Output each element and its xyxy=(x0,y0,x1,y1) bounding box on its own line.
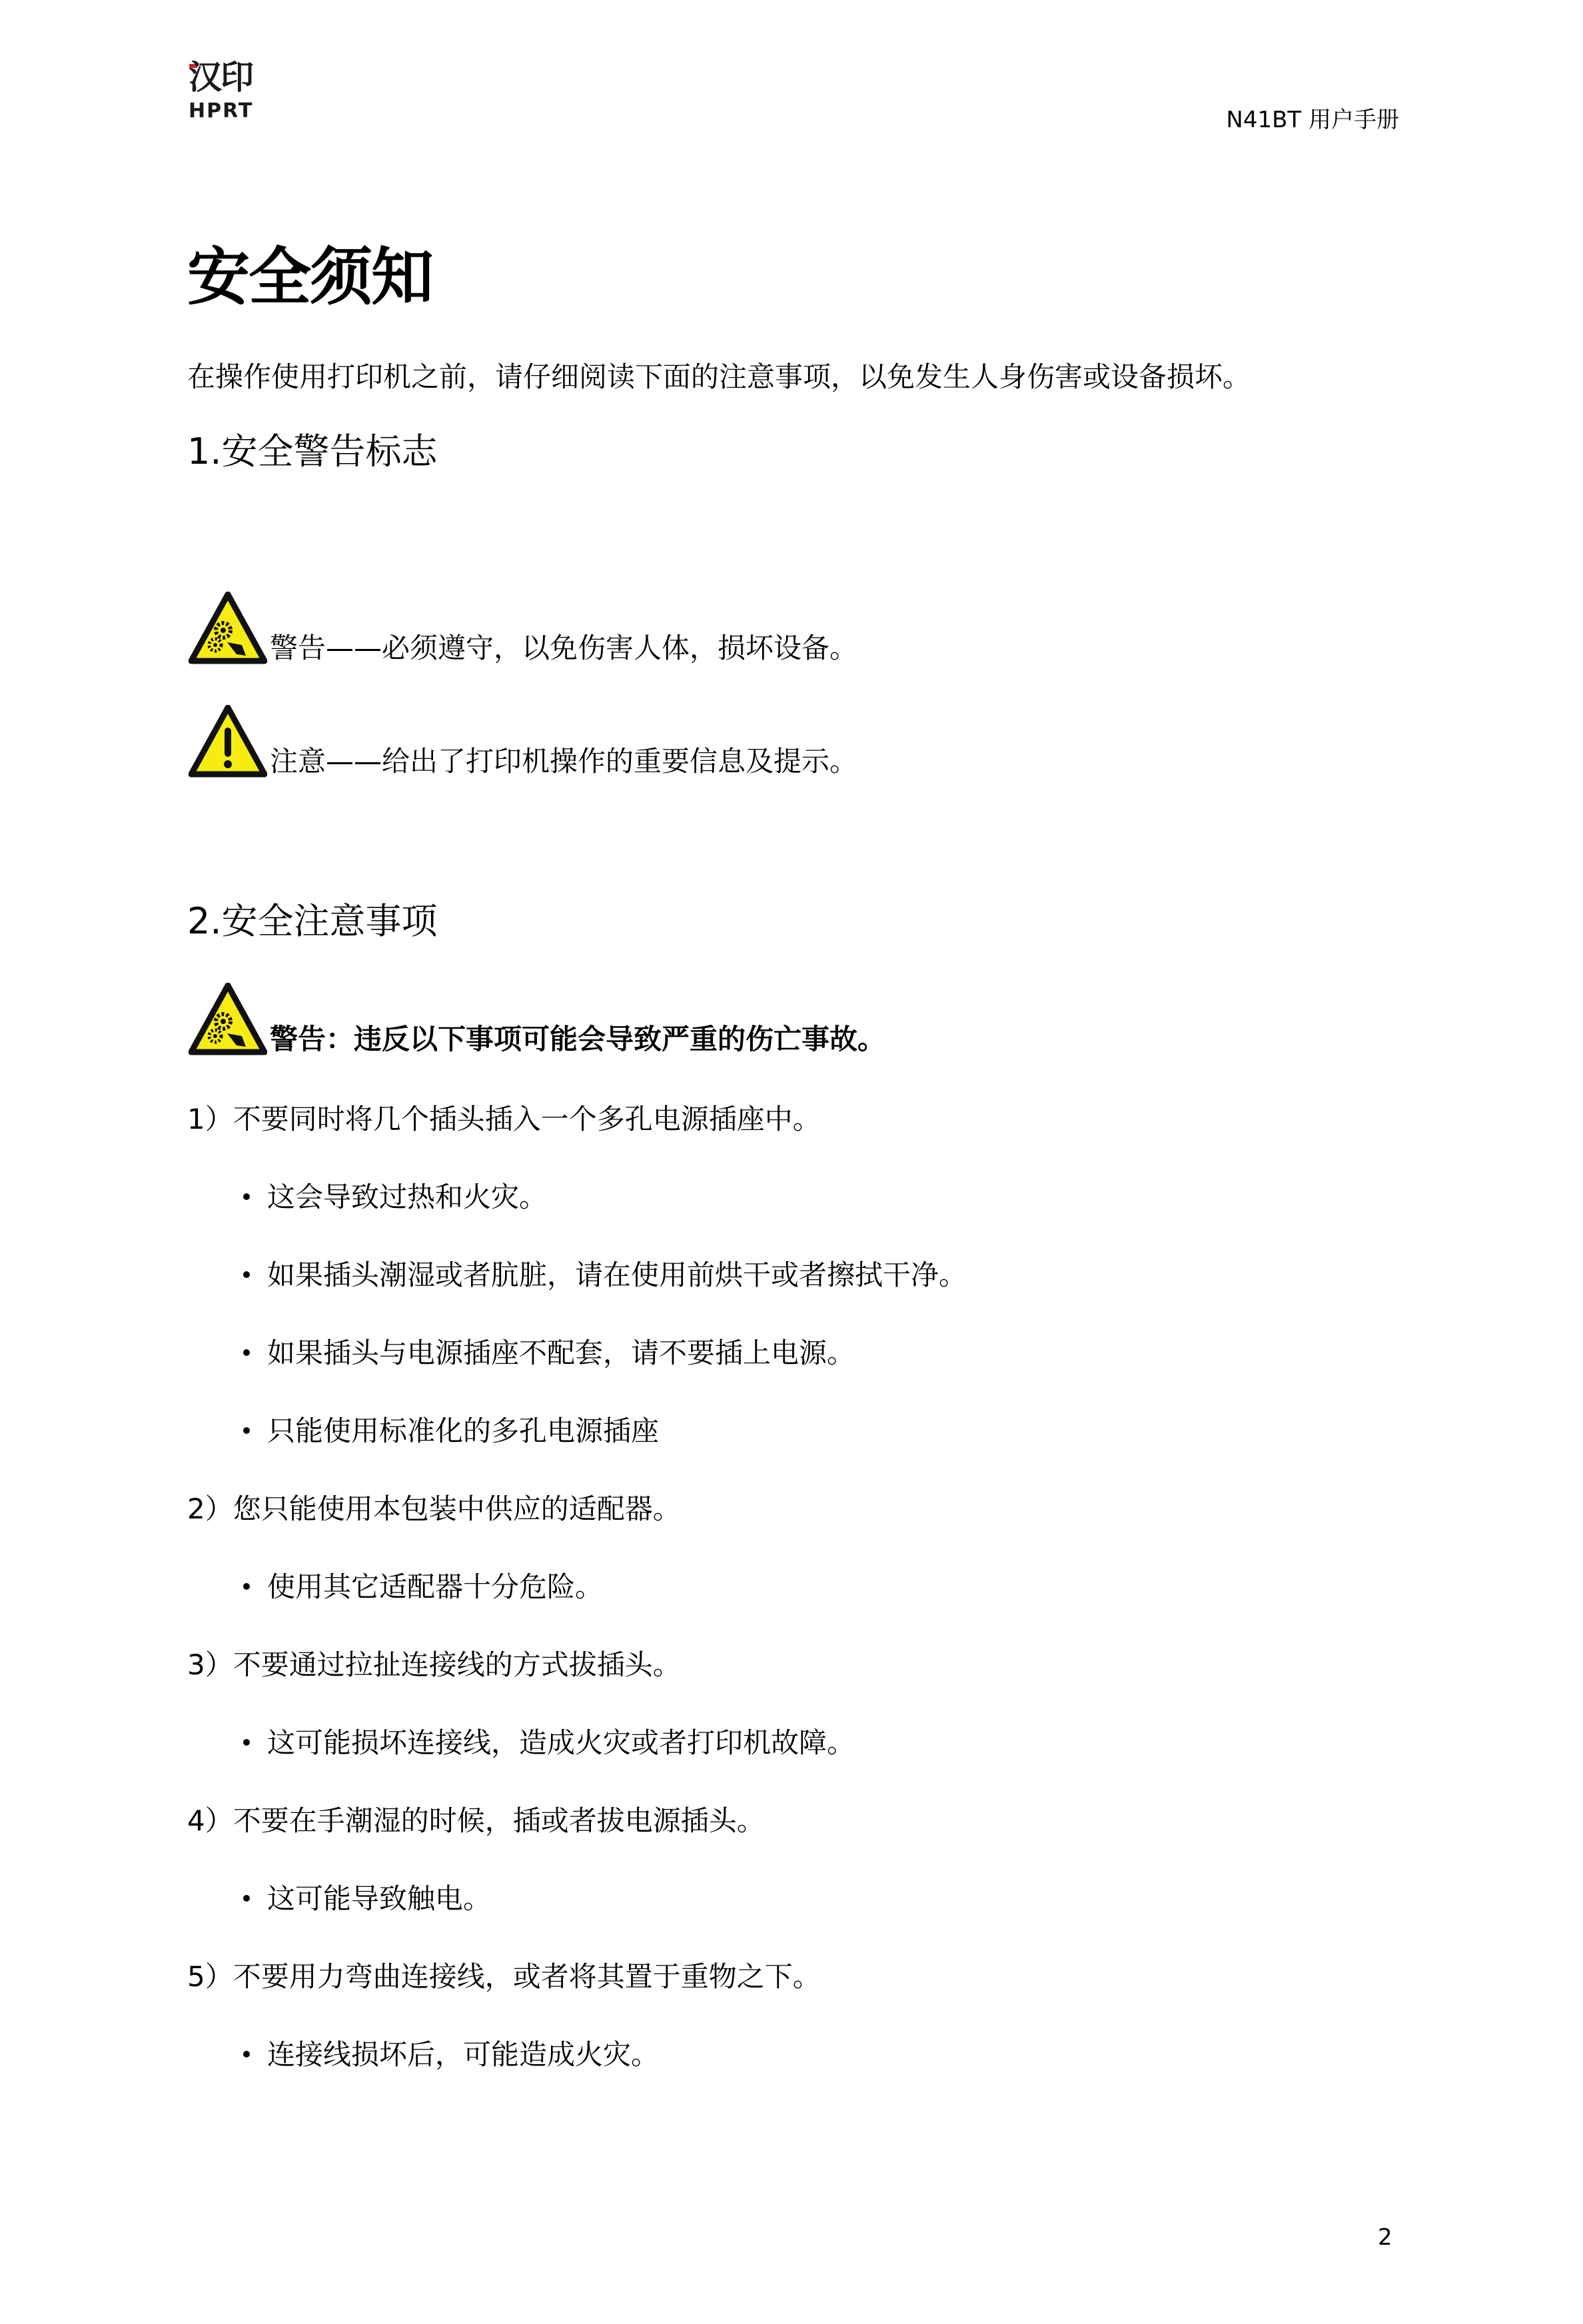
section2-heading: 2.安全注意事项 xyxy=(187,899,438,943)
intro-paragraph: 在操作使用打印机之前，请仔细阅读下面的注意事项，以免发生人身伤害或设备损坏。 xyxy=(187,358,1251,396)
exclamation-caution-icon xyxy=(189,705,267,778)
list-item-2: 2）您只能使用本包装中供应的适配器。 xyxy=(187,1490,681,1528)
hprt-logo: 汉印 HPRT xyxy=(189,59,272,129)
caution-sign-description: 注意——给出了打印机操作的重要信息及提示。 xyxy=(270,745,857,778)
list-item-3: 3）不要通过拉扯连接线的方式拔插头。 xyxy=(187,1646,681,1684)
bullet-item: 如果插头潮湿或者肮脏，请在使用前烘干或者擦拭干净。 xyxy=(243,1257,967,1294)
warning-sign-row: 警告——必须遵守，以免伤害人体，损坏设备。 xyxy=(189,592,857,665)
bullet-dot xyxy=(243,1895,250,1902)
bullet-dot xyxy=(243,2051,250,2057)
bullet-item: 只能使用标准化的多孔电源插座 xyxy=(243,1413,659,1450)
page-number: 2 xyxy=(1378,2224,1392,2251)
section2-warning-row: 警告：违反以下事项可能会导致严重的伤亡事故。 xyxy=(189,983,885,1056)
section1-heading: 1.安全警告标志 xyxy=(187,430,438,474)
bullet-item: 连接线损坏后，可能造成火灾。 xyxy=(243,2036,659,2073)
bullet-dot xyxy=(243,1193,250,1200)
list-item-1: 1）不要同时将几个插头插入一个多孔电源插座中。 xyxy=(187,1101,821,1138)
bullet-dot xyxy=(243,1583,250,1590)
gear-hand-warning-icon xyxy=(189,592,267,665)
bullet-item: 这可能损坏连接线，造成火灾或者打印机故障。 xyxy=(243,1724,855,1762)
bullet-dot xyxy=(243,1271,250,1278)
logo-english: HPRT xyxy=(189,100,253,123)
bullet-dot xyxy=(243,1427,250,1434)
bullet-item: 这可能导致触电。 xyxy=(243,1880,491,1918)
document-title: N41BT 用户手册 xyxy=(1226,107,1399,133)
bullet-dot xyxy=(243,1349,250,1356)
bullet-item: 使用其它适配器十分危险。 xyxy=(243,1568,603,1606)
logo-chinese: 汉印 xyxy=(189,59,253,96)
list-item-5: 5）不要用力弯曲连接线，或者将其置于重物之下。 xyxy=(187,1958,821,1996)
gear-hand-warning-icon xyxy=(189,983,267,1056)
list-item-4: 4）不要在手潮湿的时候，插或者拔电源插头。 xyxy=(187,1802,765,1840)
page-title: 安全须知 xyxy=(187,241,432,314)
warning-sign-description: 警告——必须遵守，以免伤害人体，损坏设备。 xyxy=(270,632,857,665)
bullet-dot xyxy=(243,1739,250,1746)
bullet-item: 这会导致过热和火灾。 xyxy=(243,1179,547,1216)
caution-sign-row: 注意——给出了打印机操作的重要信息及提示。 xyxy=(189,705,857,778)
bullet-item: 如果插头与电源插座不配套，请不要插上电源。 xyxy=(243,1335,855,1372)
section2-warning-text: 警告：违反以下事项可能会导致严重的伤亡事故。 xyxy=(270,1023,885,1056)
